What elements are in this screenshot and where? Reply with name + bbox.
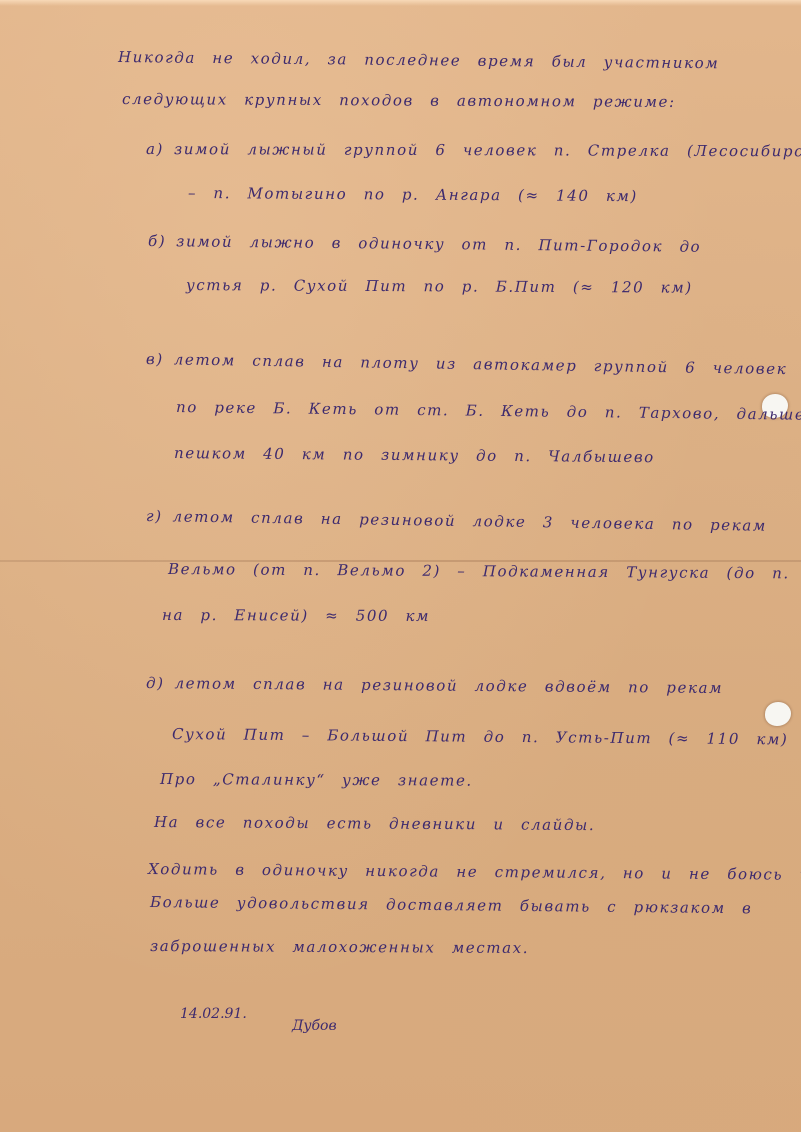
closing-line-1: Про „Сталинку“ уже знаете. xyxy=(160,770,473,790)
item-b-line-2: устья р. Сухой Пит по р. Б.Пит (≈ 120 км… xyxy=(186,276,693,297)
item-c-line-1: в)летом сплав на плоту из автокамер груп… xyxy=(146,350,788,378)
closing-line-3: Ходить в одиночку никогда не стремился, … xyxy=(148,860,801,884)
item-b-marker: б) xyxy=(148,232,166,250)
item-e-line-2: Сухой Пит – Большой Пит до п. Усть-Пит (… xyxy=(172,725,789,748)
item-d-line-1: г)летом сплав на резиновой лодке 3 челов… xyxy=(146,507,767,535)
intro-line-2: следующих крупных походов в автономном р… xyxy=(122,90,676,111)
item-c-text-1: летом сплав на плоту из автокамер группо… xyxy=(174,350,788,378)
letter-date: 14.02.91. xyxy=(180,1006,247,1022)
letter-page: Никогда не ходил, за последнее время был… xyxy=(0,0,801,1132)
intro-line-1: Никогда не ходил, за последнее время был… xyxy=(118,48,719,72)
letter-signature: Дубов xyxy=(292,1018,337,1034)
item-b-text-1: зимой лыжно в одиночку от п. Пит-Городок… xyxy=(176,232,701,255)
item-c-line-3: пешком 40 км по зимнику до п. Чалбышево xyxy=(174,444,655,466)
item-a-line-1: а)зимой лыжный группой 6 человек п. Стре… xyxy=(146,140,801,160)
item-d-marker: г) xyxy=(146,507,163,525)
item-e-line-1: д)летом сплав на резиновой лодке вдвоём … xyxy=(146,674,723,697)
item-d-line-3: на р. Енисей) ≈ 500 км xyxy=(162,606,430,625)
closing-line-2: На все походы есть дневники и слайды. xyxy=(154,813,595,834)
item-e-text-1: летом сплав на резиновой лодке вдвоём по… xyxy=(174,674,723,697)
item-d-line-2: Вельмо (от п. Вельмо 2) – Подкаменная Ту… xyxy=(168,560,801,583)
closing-line-4: Больше удовольствия доставляет бывать с … xyxy=(150,893,753,917)
paper-top-edge xyxy=(0,0,801,6)
item-e-marker: д) xyxy=(146,674,165,692)
item-a-text-1: зимой лыжный группой 6 человек п. Стрелк… xyxy=(174,140,801,160)
closing-line-5: заброшенных малохоженных местах. xyxy=(150,937,529,957)
punch-hole-bottom xyxy=(765,702,791,726)
item-c-line-2: по реке Б. Кеть от ст. Б. Кеть до п. Тар… xyxy=(176,398,801,424)
item-a-marker: а) xyxy=(146,140,164,158)
item-c-marker: в) xyxy=(146,350,164,368)
item-b-line-1: б)зимой лыжно в одиночку от п. Пит-Город… xyxy=(148,232,701,256)
item-d-text-1: летом сплав на резиновой лодке 3 человек… xyxy=(172,507,767,534)
item-a-line-2: – п. Мотыгино по р. Ангара (≈ 140 км) xyxy=(188,184,638,205)
